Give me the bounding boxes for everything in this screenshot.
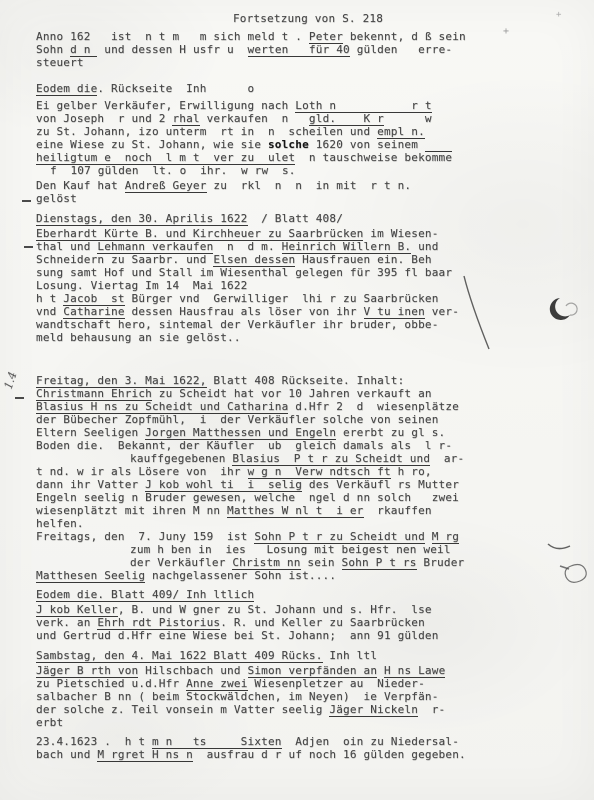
text-segment: sung samt Hof und Stall im Wiesenthal ge… [36,266,452,279]
underlined-text: Blasius H ns zu Scheidt und Catharina [36,400,288,414]
page-title: Fortsetzung von S. 218 [36,12,580,25]
text-line: t nd. w ir als Lösere von ihr w g n Verw… [36,465,580,478]
underlined-text: Jäger Nickeln [329,703,418,717]
text-segment: der Bübecher Zopfmühl, i der Verkäufler … [36,413,439,426]
text-segment: 1620 von seinem [309,138,425,151]
underlined-text: heiligtum e noch l m t ver zu ulet [36,151,295,165]
text-segment: Engeln seelig n Bruder gewesen, welche n… [36,491,459,504]
text-segment: zu Pietschied u.d.Hfr [36,677,186,690]
text-line: thal und Lehmann verkaufen n d m. Heinri… [36,240,580,253]
underlined-text: Lehmann verkaufen [97,240,213,254]
text-segment: , B. und W gner zu St. Johann und s. Hfr… [118,603,432,616]
underlined-text: Blasius P t r zu Scheidt und [232,452,430,466]
text-segment: Bruder [417,556,465,569]
text-segment: Sohn [36,43,70,56]
text-segment: Boden die. Bekannt, der Käufler ub gleic… [36,439,452,452]
text-segment: ausfrau d r uf noch 16 gülden gegeben. [193,748,466,761]
underlined-text: Loth n r t [295,99,431,113]
text-segment: erbt [36,716,63,729]
entry-date-line: Sambstag, den 4. Mai 1622 Blatt 409 Rück… [36,649,580,662]
underlined-text: Elsen dessen [213,253,295,267]
underlined-text: Jacob st [63,292,124,306]
underlined-text: Freitag, den 3. Mai 1622, [36,374,207,388]
text-segment: Freitags, den 7. Juny 159 ist [36,530,254,543]
text-line: helfen. [36,517,580,530]
text-segment: verk. an [36,616,97,629]
entry-date-line: Dienstags, den 30. Aprilis 1622 / Blatt … [36,212,580,225]
text-segment: vnd [36,305,63,318]
text-line: J kob Keller, B. und W gner zu St. Johan… [36,603,580,616]
underlined-text: m n ts Sixten [152,735,282,749]
text-line: Anno 162 ist n t m m sich meld t . Peter… [36,30,580,43]
document-lines: Fortsetzung von S. 218Anno 162 ist n t m… [0,12,594,761]
text-segment: thal und [36,240,97,253]
text-segment: der Verkäufler [130,556,232,569]
text-line: heiligtum e noch l m t ver zu ulet n tau… [36,151,580,164]
scanned-document-page: Fortsetzung von S. 218Anno 162 ist n t m… [0,0,594,800]
underlined-text: Anne zwei [186,677,247,691]
text-segment: helfen. [36,517,84,530]
text-line: Freitags, den 7. Juny 159 ist Sohn P t r… [36,530,580,543]
text-segment: Ei gelber Verkäufer, Erwilligung nach [36,99,295,112]
text-segment: von Joseph r und 2 [36,112,172,125]
text-segment: / Blatt 408/ [248,212,344,225]
entry-date-line: Eodem die. Blatt 409/ Inh ltlich [36,588,580,601]
underlined-text: J kob wohl ti i selig [145,478,302,492]
underlined-text: Matthes W nl t i er [227,504,363,518]
text-segment: gelöst [36,192,77,205]
text-segment: salbacher B nn ( beim Stockwäldchen, im … [36,690,439,703]
margin-dash [22,200,31,202]
underlined-text: Sambstag, den 4. Mai 1622 Blatt 409 Rück… [36,649,323,663]
text-segment: Bürger vnd Gerwilliger lhi r zu Saarbrüc… [125,292,439,305]
underlined-text: Jorgen Matthessen und Engeln [145,426,336,440]
margin-dash [24,246,33,248]
text-segment: Inh ltl [323,649,378,662]
underlined-text: Eodem die. Blatt 409/ Inh ltlich [36,588,254,602]
text-segment: verkaufen n [200,112,309,125]
text-segment: Hilschbach und [138,664,247,677]
text-line: salbacher B nn ( beim Stockwäldchen, im … [36,690,580,703]
text-segment: h ro, [391,465,432,478]
text-segment: der solche z. Teil vonsein m Vatter seel… [36,703,329,716]
text-line: verk. an Ehrh rdt Pistorius. R. und Kell… [36,616,580,629]
text-segment: Fortsetzung von S. 218 [233,12,383,25]
underlined-text: Ehrh rdt Pistorius [97,616,220,630]
text-segment: kauffgegebenen [130,452,232,465]
text-line: dann ihr Vatter J kob wohl ti i selig de… [36,478,580,491]
text-segment: dann ihr Vatter [36,478,145,491]
text-segment: wiesenplätzt mit ihren M nn [36,504,227,517]
text-line: Boden die. Bekannt, der Käufler ub gleic… [36,439,580,452]
text-segment: Wiesenpletzer au Nieder- [248,677,425,690]
underlined-text: Catharine [63,305,124,319]
underlined-text: Eodem die [36,82,97,96]
underlined-text: rhal [172,112,199,126]
text-line: wandtschaft hero, sintemal der Verkäufle… [36,318,580,331]
text-segment: t nd. w ir als Lösere von ihr [36,465,248,478]
underlined-text: Dienstags, den 30. Aprilis 1622 [36,212,248,226]
text-segment: eine Wiese zu St. Johann, wie sie [36,138,268,151]
underlined-text: M rgret H ns n [97,748,193,762]
underlined-text: M rg [432,530,459,544]
text-segment: bekennt, d ß sein [343,30,466,43]
text-segment: Den Kauf hat [36,179,125,192]
text-segment: 23.4.1623 . h t [36,735,152,748]
text-line: f 107 gülden lt. o ihr. w rw s. [36,164,580,177]
text-line: Matthesen Seelig nachgelassener Sohn ist… [36,569,580,582]
text-line: erbt [36,716,580,729]
text-segment [425,530,432,543]
text-segment: Blatt 408 Rückseite. Inhalt: [207,374,405,387]
text-segment: meld behausung an sie gelöst.. [36,331,241,344]
text-line: und Gertrud d.Hfr eine Wiese bei St. Joh… [36,629,580,642]
text-segment: n d m. [213,240,281,253]
underlined-text: w g n Verw ndtsch ft [248,465,391,479]
text-line: zum h ben in ies Losung mit beigest nen … [36,543,580,556]
text-segment: solche [268,138,309,151]
text-line: der Bübecher Zopfmühl, i der Verkäufler … [36,413,580,426]
text-segment: Eltern Seeligen [36,426,145,439]
text-segment: . Rückseite Inh o [97,82,254,95]
text-segment: Adjen oin zu Niedersal- [282,735,459,748]
underlined-text: werten für 40 [248,43,350,57]
text-segment: sein [301,556,342,569]
text-line: meld behausung an sie gelöst.. [36,331,580,344]
text-segment: zu Scheidt hat vor 10 Jahren verkauft an [152,387,432,400]
text-line: Den Kauf hat Andreß Geyer zu rkl n n in … [36,179,580,192]
text-line: Eltern Seeligen Jorgen Matthessen und En… [36,426,580,439]
underlined-text: Matthesen Seelig [36,569,145,583]
text-segment: ver- [425,305,459,318]
text-segment: im Wiesen- [363,227,438,240]
text-line: Losung. Viertag Im 14 Mai 1622 [36,279,580,292]
text-line: von Joseph r und 2 rhal verkaufen n gld.… [36,112,580,125]
text-segment: . R. und Keller zu Saarbrücken [220,616,425,629]
text-segment: wandtschaft hero, sintemal der Verkäufle… [36,318,439,331]
underlined-text: Christmann Ehrich [36,387,152,401]
text-line: eine Wiese zu St. Johann, wie sie solche… [36,138,580,151]
underlined-text: empl n. [377,125,425,139]
text-line: Christmann Ehrich zu Scheidt hat vor 10 … [36,387,580,400]
text-segment: nachgelassener Sohn ist.... [145,569,336,582]
underlined-text: Heinrich Willern B. [282,240,412,254]
underlined-text: Peter [309,30,343,44]
text-line: Engeln seelig n Bruder gewesen, welche n… [36,491,580,504]
underlined-text: V tu inen [364,305,425,319]
underlined-text: Andreß Geyer [125,179,207,193]
text-segment: Schneidern zu Saarbr. und [36,253,213,266]
underlined-text: gld. K r [309,112,384,126]
text-segment: h t [36,292,63,305]
text-segment: ererbt zu gl s. [336,426,445,439]
underlined-text: Eberhardt Kürte B. und Kirchheuer zu Saa… [36,227,363,241]
text-line: wiesenplätzt mit ihren M nn Matthes W nl… [36,504,580,517]
text-segment: und [411,240,438,253]
text-segment: und dessen H usfr u [97,43,247,56]
entry-date-line: Freitag, den 3. Mai 1622, Blatt 408 Rück… [36,374,580,387]
text-line: Sohn d n und dessen H usfr u werten für … [36,43,580,56]
text-line: Blasius H ns zu Scheidt und Catharina d.… [36,400,580,413]
text-line: zu Pietschied u.d.Hfr Anne zwei Wiesenpl… [36,677,580,690]
text-line: steuert [36,56,580,69]
underlined-text: H ns Lawe [384,664,445,678]
underlined-text: Christm nn [232,556,300,570]
text-segment: Losung. Viertag Im 14 Mai 1622 [36,279,248,292]
underlined-text: J kob Keller [36,603,118,617]
text-segment: d.Hfr 2 d wiesenplätze [288,400,459,413]
text-line: der solche z. Teil vonsein m Vatter seel… [36,703,580,716]
text-line: sung samt Hof und Stall im Wiesenthal ge… [36,266,580,279]
text-segment: f 107 gülden lt. o ihr. w rw s. [50,164,296,177]
text-line: Eberhardt Kürte B. und Kirchheuer zu Saa… [36,227,580,240]
text-line: Jäger B rth von Hilschbach und Simon ver… [36,664,580,677]
text-line: 23.4.1623 . h t m n ts Sixten Adjen oin … [36,735,580,748]
underlined-text: Sohn P t r zu Scheidt und [254,530,425,544]
underlined-text: Jäger B rth von [36,664,138,678]
text-segment: dessen Hausfrau als löser von ihr [125,305,364,318]
text-segment: steuert [36,56,84,69]
text-segment: zu rkl n n in mit r t n. [207,179,412,192]
margin-dash [15,397,24,399]
underlined-text: Sohn P t rs [342,556,417,570]
underlined-text: Simon verpfänden an [248,664,378,678]
text-segment: rkauffen [364,504,432,517]
text-segment: und Gertrud d.Hfr eine Wiese bei St. Joh… [36,629,439,642]
text-segment [377,664,384,677]
text-segment: n tauschweise bekomme [295,151,452,164]
text-line: vnd Catharine dessen Hausfrau als löser … [36,305,580,318]
underlined-text: d n [70,43,97,57]
text-line: Schneidern zu Saarbr. und Elsen dessen H… [36,253,580,266]
text-segment: bach und [36,748,97,761]
text-line: der Verkäufler Christm nn sein Sohn P t … [36,556,580,569]
text-segment: r- [418,703,445,716]
underlined-text [425,138,452,152]
entry-date-line: Eodem die. Rückseite Inh o [36,82,580,95]
text-segment: gülden erre- [350,43,452,56]
text-segment: w [384,112,432,125]
text-line: zu St. Johann, izo unterm rt in n scheil… [36,125,580,138]
text-segment: Anno 162 ist n t m m sich meld t . [36,30,309,43]
text-segment: zu St. Johann, izo unterm rt in n scheil… [36,125,377,138]
text-line: Ei gelber Verkäufer, Erwilligung nach Lo… [36,99,580,112]
text-line: h t Jacob st Bürger vnd Gerwilliger lhi … [36,292,580,305]
text-line: kauffgegebenen Blasius P t r zu Scheidt … [36,452,580,465]
text-segment: zum h ben in ies Losung mit beigest nen … [130,543,451,556]
text-line: gelöst [36,192,580,205]
text-segment: des Verkäufl rs Mutter [302,478,459,491]
text-line: bach und M rgret H ns n ausfrau d r uf n… [36,748,580,761]
text-segment: ar- [430,452,464,465]
text-segment: Hausfrauen ein. Beh [295,253,438,266]
